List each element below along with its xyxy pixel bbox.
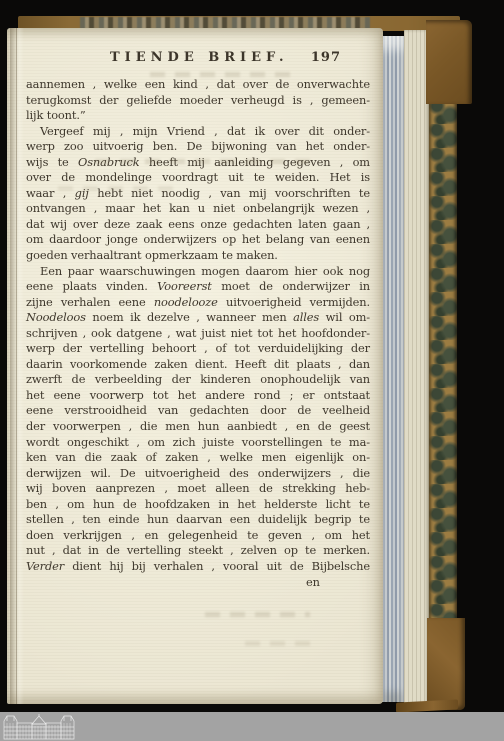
text-line: zijne verhalen eene noodelooze uitvoerig… <box>26 295 370 311</box>
text-line: Verder dient hij bij verhalen , vooral u… <box>26 559 370 575</box>
page-number: 197 <box>311 50 341 65</box>
text-line: over de mondelinge voordragt uit te weid… <box>26 170 370 186</box>
book-scan-photo: TIENDE BRIEF. 197 aannemen , welke een k… <box>0 0 504 741</box>
running-title: TIENDE BRIEF. <box>110 50 288 65</box>
text-line: wij boven aanprezen , moet alleen de str… <box>26 481 370 497</box>
text-line: het eene voorwerp tot het andere rond ; … <box>26 388 370 404</box>
text-line: om daardoor jonge onderwijzers op het be… <box>26 232 370 248</box>
text-line: Vergeef mij , mijn Vriend , dat ik over … <box>26 124 370 140</box>
bleedthrough-smudge <box>245 641 320 646</box>
text-line: Een paar waarschuwingen mogen daarom hie… <box>26 264 370 280</box>
text-line: der voorwerpen , die men hun aanbiedt , … <box>26 419 370 435</box>
page-gutter-line <box>16 28 17 704</box>
text-line: schrijven , ook datgene , wat juist niet… <box>26 326 370 342</box>
body-text: aannemen , welke een kind , dat over de … <box>26 77 370 590</box>
leather-cover-bottom-sliver <box>396 699 458 712</box>
bleedthrough-smudge <box>58 186 178 191</box>
text-line: dat wij over deze zaak eens onze gedacht… <box>26 217 370 233</box>
text-line: eene verstrooidheid van gedachten door d… <box>26 403 370 419</box>
text-line: doen verkrijgen , en gelegenheid te geve… <box>26 528 370 544</box>
text-line: ben , om hun de hoofdzaken in het helder… <box>26 497 370 513</box>
text-line: lijk toont.” <box>26 108 370 124</box>
text-line: ken van die zaak of zaken , welke men ei… <box>26 450 370 466</box>
text-line: werp zoo uitvoerig ben. De bijwoning van… <box>26 139 370 155</box>
text-line: eene plaats vinden. Vooreerst moet de on… <box>26 279 370 295</box>
text-line: ontvangen , maar het kan u niet onbelang… <box>26 201 370 217</box>
watermark-bar <box>0 712 504 741</box>
page-gutter-crease <box>10 28 24 704</box>
text-line: zwerft de verbeelding der kinderen onoph… <box>26 372 370 388</box>
text-line: goeden verhaaltrant opmerkzaam te maken. <box>26 248 370 264</box>
bleedthrough-smudge <box>150 72 300 77</box>
leather-cover-corner-bottom <box>427 618 465 710</box>
marbled-cover-edge <box>429 100 457 622</box>
bleedthrough-smudge <box>95 159 320 164</box>
text-line: nut , dat in de vertelling steekt , zelv… <box>26 543 370 559</box>
page-header: TIENDE BRIEF. 197 <box>26 50 370 66</box>
page-fore-edge-stripes <box>381 36 404 702</box>
text-line: daarin voorkomende zaken dient. Heeft di… <box>26 357 370 373</box>
page-stack-edge <box>404 30 429 705</box>
leather-cover-corner-top <box>426 20 472 104</box>
text-line: wordt ongeschikt , om zich juiste voorst… <box>26 435 370 451</box>
text-line: werp der vertelling behoort , of tot ver… <box>26 341 370 357</box>
text-line: derwijzen wil. De uitvoerigheid des onde… <box>26 466 370 482</box>
text-line: stellen , ten einde hun daarvan een duid… <box>26 512 370 528</box>
text-line: Noodeloos noem ik dezelve , wanneer men … <box>26 310 370 326</box>
bleedthrough-smudge <box>205 612 310 617</box>
text-line: aannemen , welke een kind , dat over de … <box>26 77 370 93</box>
text-line: terugkomst der geliefde moeder verheugd … <box>26 93 370 109</box>
library-building-icon <box>2 714 78 740</box>
catchword: en <box>26 575 370 591</box>
